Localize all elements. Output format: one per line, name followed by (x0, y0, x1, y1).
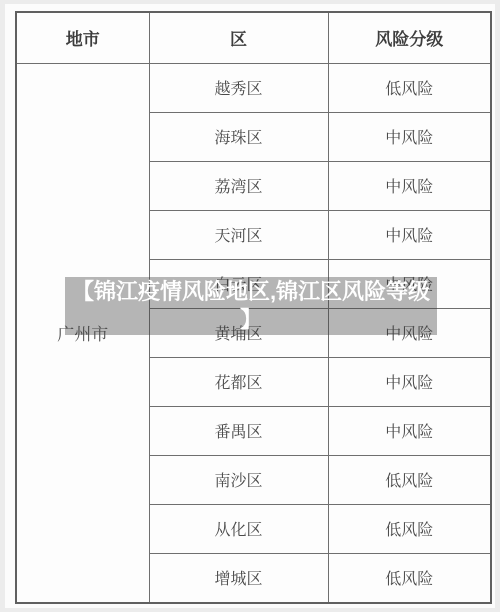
risk-cell: 低风险 (328, 504, 491, 553)
screenshot-canvas: 地市 区 风险分级 广州市 越秀区 低风险 海珠区 中风险 荔湾区 中风险 天河… (0, 0, 500, 612)
district-cell: 南沙区 (149, 455, 328, 504)
watermark-text-line1: 【锦江疫情风险地区,锦江区风险等级 (72, 278, 430, 306)
district-cell: 荔湾区 (149, 161, 328, 210)
header-risk-level: 风险分级 (328, 12, 491, 63)
risk-cell: 中风险 (328, 161, 491, 210)
district-cell: 天河区 (149, 210, 328, 259)
header-district: 区 (149, 12, 328, 63)
watermark-text-line2: 】 (240, 306, 262, 334)
district-cell: 番禺区 (149, 406, 328, 455)
risk-cell: 中风险 (328, 357, 491, 406)
district-cell: 从化区 (149, 504, 328, 553)
risk-cell: 低风险 (328, 63, 491, 112)
district-cell: 海珠区 (149, 112, 328, 161)
risk-cell: 低风险 (328, 553, 491, 603)
district-cell: 增城区 (149, 553, 328, 603)
district-cell: 越秀区 (149, 63, 328, 112)
risk-cell: 低风险 (328, 455, 491, 504)
watermark-overlay: 【锦江疫情风险地区,锦江区风险等级 】 (65, 277, 437, 335)
risk-cell: 中风险 (328, 112, 491, 161)
table-row: 广州市 越秀区 低风险 (16, 63, 491, 112)
risk-cell: 中风险 (328, 406, 491, 455)
header-city: 地市 (16, 12, 149, 63)
district-cell: 花都区 (149, 357, 328, 406)
table-header-row: 地市 区 风险分级 (16, 12, 491, 63)
risk-cell: 中风险 (328, 210, 491, 259)
